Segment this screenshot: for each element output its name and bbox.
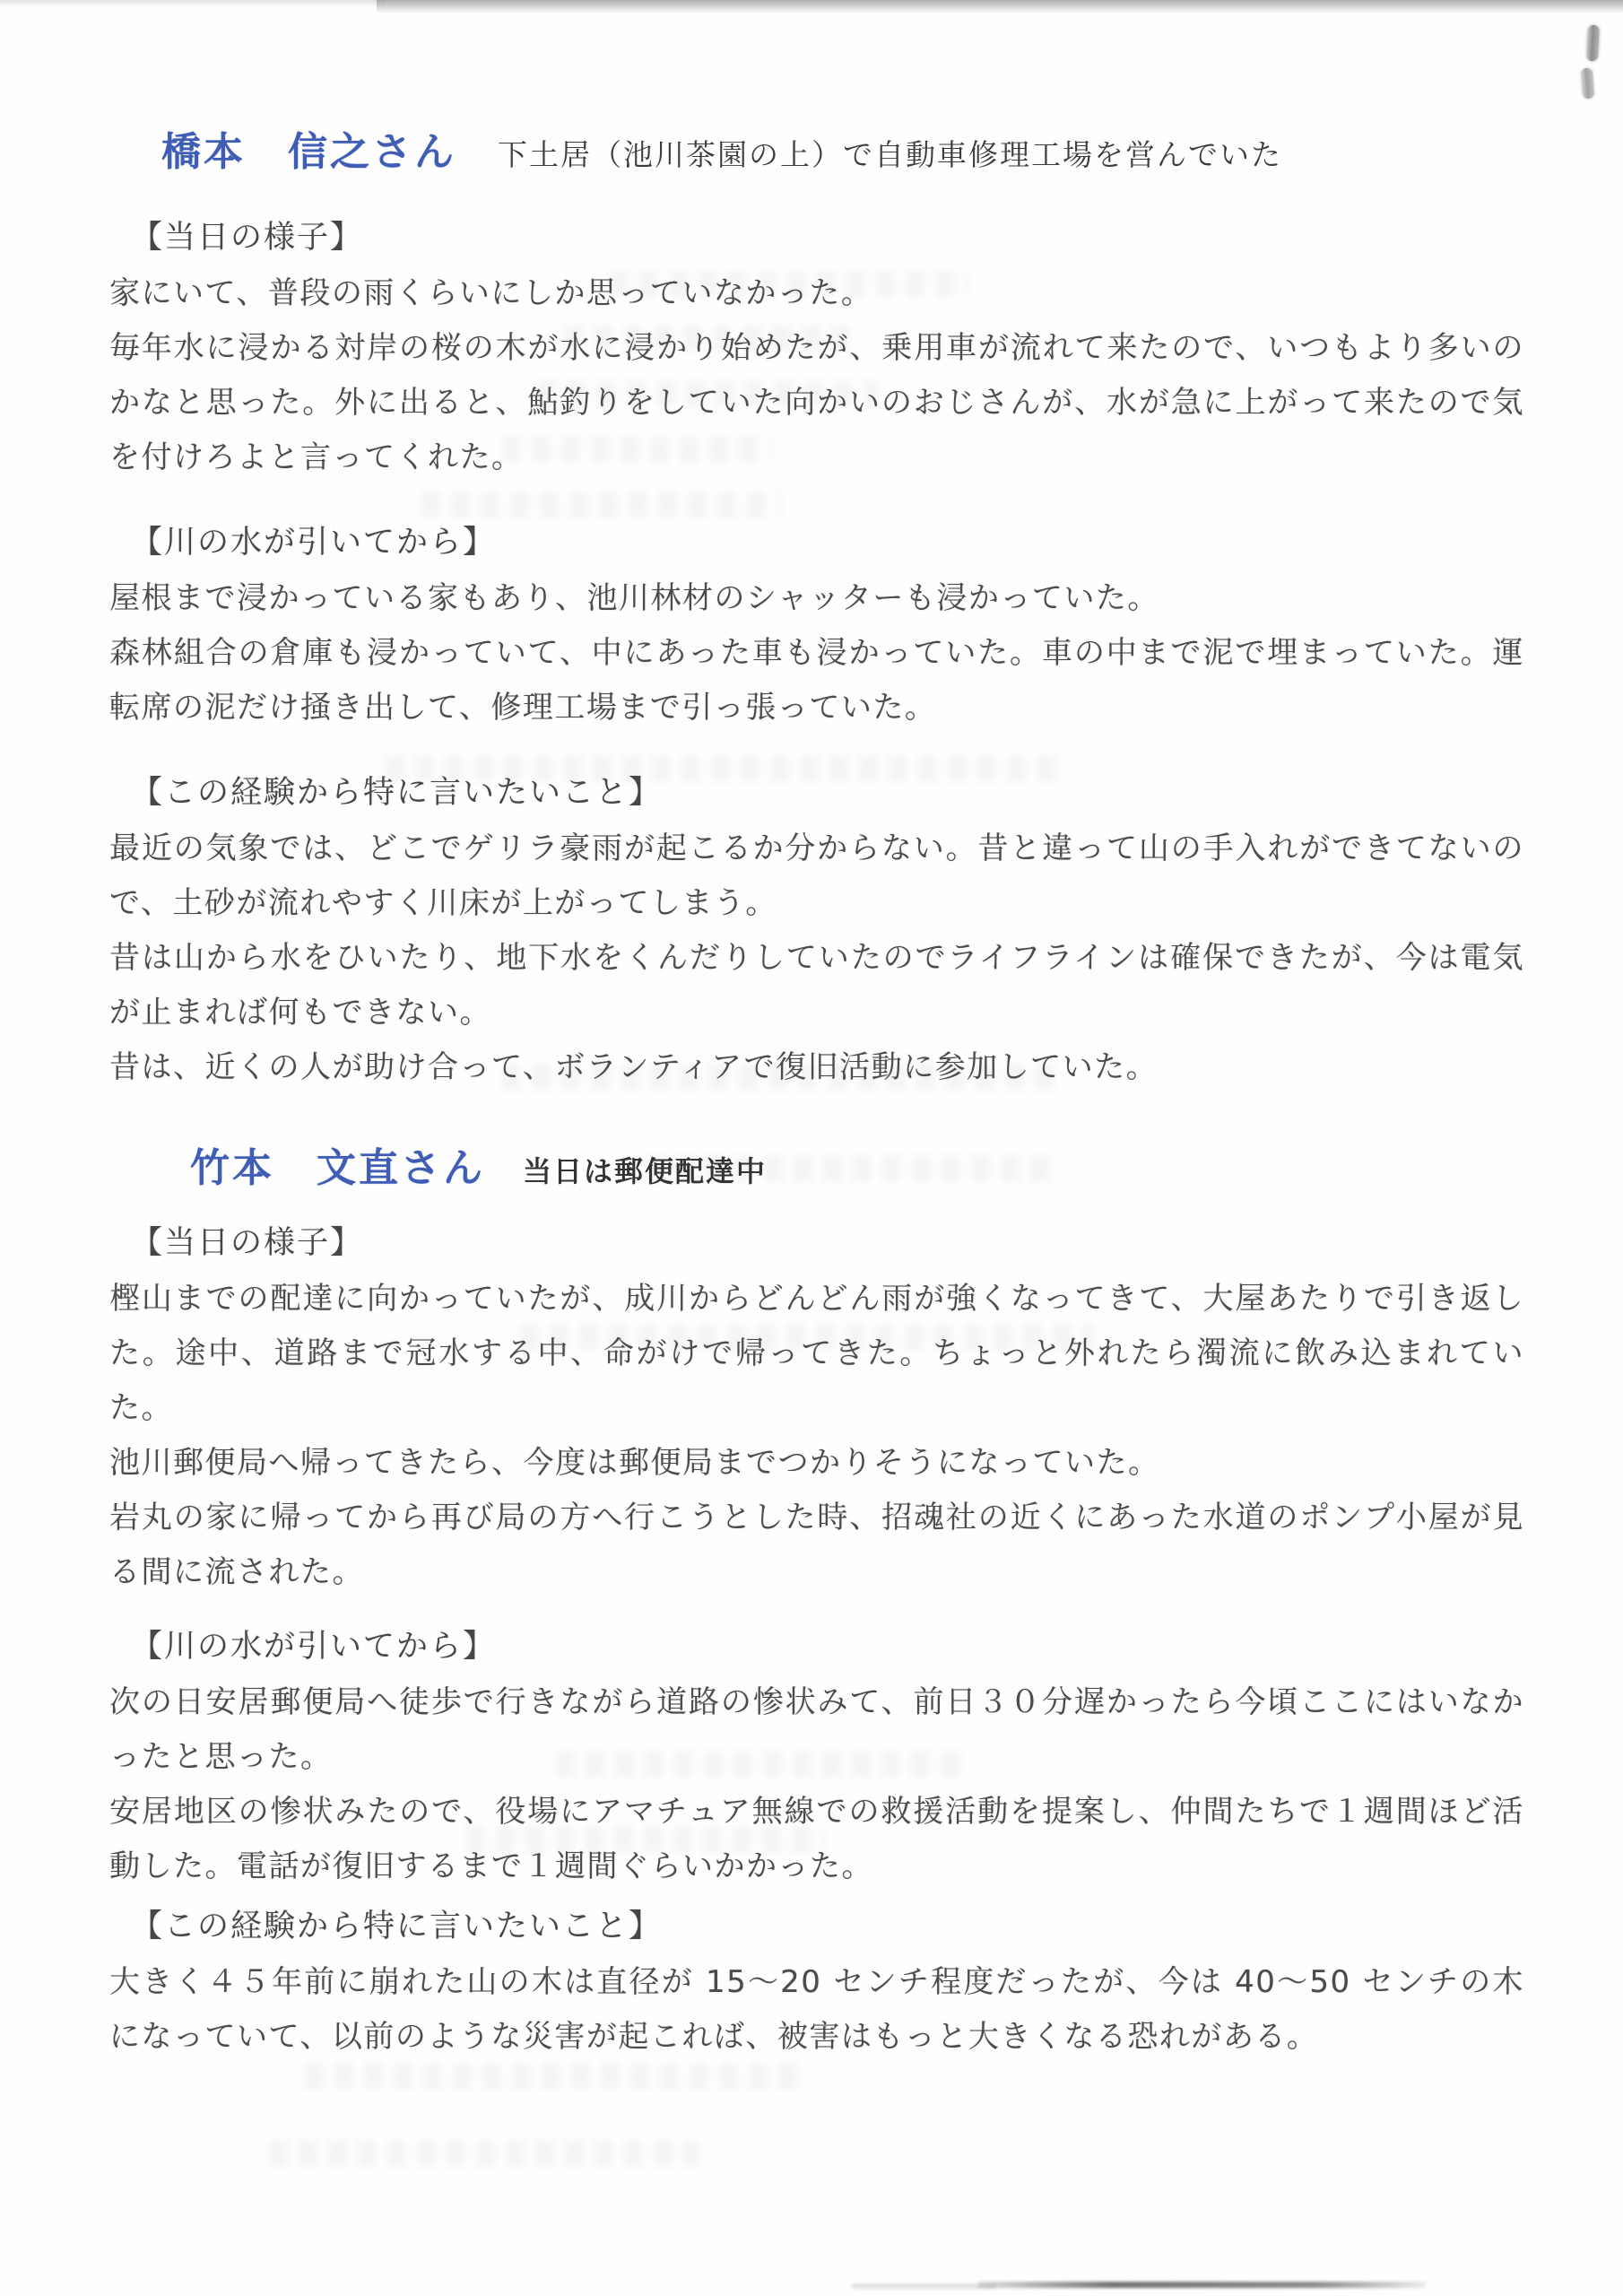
- paragraph: 大きく４５年前に崩れた山の木は直径が 15～20 センチ程度だったが、今は 40…: [109, 1955, 1524, 2065]
- paragraph: 岩丸の家に帰ってから再び局の方へ行こうとした時、招魂社の近くにあった水道のポンプ…: [109, 1491, 1524, 1600]
- section-body: 家にいて、普段の雨くらいにしか思っていなかった。 毎年水に浸かる対岸の桜の木が水…: [109, 266, 1524, 485]
- section-heading: 【当日の様子】: [131, 1218, 1523, 1268]
- paragraph: 次の日安居郵便局へ徒歩で行きながら道路の惨状みて、前日３０分遅かったら今頃ここに…: [109, 1675, 1524, 1785]
- scanned-document-page: 橋本 信之さん 下土居（池川茶園の上）で自動車修理工場を営んでいた 【当日の様子…: [0, 0, 1623, 2296]
- interview-1-header: 橋本 信之さん 下土居（池川茶園の上）で自動車修理工場を営んでいた: [161, 127, 1523, 180]
- paragraph: 屋根まで浸かっている家もあり、池川林材のシャッターも浸かっていた。: [109, 571, 1524, 626]
- bleedthrough-artifact: [269, 2140, 699, 2167]
- section-heading: 【川の水が引いてから】: [131, 517, 1523, 568]
- interview-2-section-lesson: 【この経験から特に言いたいこと】 大きく４５年前に崩れた山の木は直径が 15～2…: [106, 1901, 1523, 2065]
- interview-1-section-day: 【当日の様子】 家にいて、普段の雨くらいにしか思っていなかった。 毎年水に浸かる…: [106, 213, 1523, 485]
- paragraph: 昔は、近くの人が助け合って、ボランティアで復旧活動に参加していた。: [109, 1040, 1524, 1095]
- interviewee-description: 当日は郵便配達中: [523, 1146, 767, 1196]
- page-bottom-smudge: [977, 2282, 1426, 2288]
- paragraph: 森林組合の倉庫も浸かっていて、中にあった車も浸かっていた。車の中まで泥で埋まって…: [109, 626, 1524, 735]
- bleedthrough-artifact: [305, 2063, 807, 2090]
- section-body: 大きく４５年前に崩れた山の木は直径が 15～20 センチ程度だったが、今は 40…: [109, 1955, 1524, 2065]
- paragraph: 毎年水に浸かる対岸の桜の木が水に浸かり始めたが、乗用車が流れて来たので、いつもよ…: [109, 321, 1524, 485]
- paragraph: 昔は山から水をひいたり、地下水をくんだりしていたのでライフラインは確保できたが、…: [109, 931, 1524, 1040]
- paragraph: 最近の気象では、どこでゲリラ豪雨が起こるか分からない。昔と違って山の手入れができ…: [109, 822, 1524, 931]
- paragraph: 池川郵便局へ帰ってきたら、今度は郵便局までつかりそうになっていた。: [109, 1436, 1524, 1491]
- section-body: 屋根まで浸かっている家もあり、池川林材のシャッターも浸かっていた。 森林組合の倉…: [109, 571, 1524, 735]
- interview-2-section-day: 【当日の様子】 樫山までの配達に向かっていたが、成川からどんどん雨が強くなってき…: [106, 1218, 1523, 1600]
- section-body: 次の日安居郵便局へ徒歩で行きながら道路の惨状みて、前日３０分遅かったら今頃ここに…: [109, 1675, 1524, 1894]
- interview-1-section-after: 【川の水が引いてから】 屋根まで浸かっている家もあり、池川林材のシャッターも浸か…: [106, 517, 1523, 735]
- interview-1-section-lesson: 【この経験から特に言いたいこと】 最近の気象では、どこでゲリラ豪雨が起こるか分か…: [106, 768, 1523, 1095]
- section-heading: 【当日の様子】: [131, 213, 1523, 263]
- document-content: 橋本 信之さん 下土居（池川茶園の上）で自動車修理工場を営んでいた 【当日の様子…: [0, 0, 1623, 2065]
- page-bottom-smudge: [852, 2284, 995, 2288]
- interviewee-name: 竹本 文直さん: [190, 1144, 485, 1194]
- paragraph: 家にいて、普段の雨くらいにしか思っていなかった。: [109, 266, 1524, 321]
- section-heading: 【この経験から特に言いたいこと】: [131, 768, 1523, 818]
- section-body: 最近の気象では、どこでゲリラ豪雨が起こるか分からない。昔と違って山の手入れができ…: [109, 822, 1524, 1095]
- section-heading: 【川の水が引いてから】: [131, 1622, 1523, 1672]
- section-body: 樫山までの配達に向かっていたが、成川からどんどん雨が強くなってきて、大屋あたりで…: [109, 1272, 1524, 1600]
- interview-2-header: 竹本 文直さん 当日は郵便配達中: [190, 1144, 1523, 1196]
- paragraph: 安居地区の惨状みたので、役場にアマチュア無線での救援活動を提案し、仲間たちで１週…: [109, 1785, 1524, 1894]
- interviewee-description: 下土居（池川茶園の上）で自動車修理工場を営んでいた: [498, 130, 1282, 180]
- interview-2-section-after: 【川の水が引いてから】 次の日安居郵便局へ徒歩で行きながら道路の惨状みて、前日３…: [106, 1622, 1523, 1894]
- section-heading: 【この経験から特に言いたいこと】: [131, 1901, 1523, 1952]
- interviewee-name: 橋本 信之さん: [161, 127, 456, 178]
- paragraph: 樫山までの配達に向かっていたが、成川からどんどん雨が強くなってきて、大屋あたりで…: [109, 1272, 1524, 1436]
